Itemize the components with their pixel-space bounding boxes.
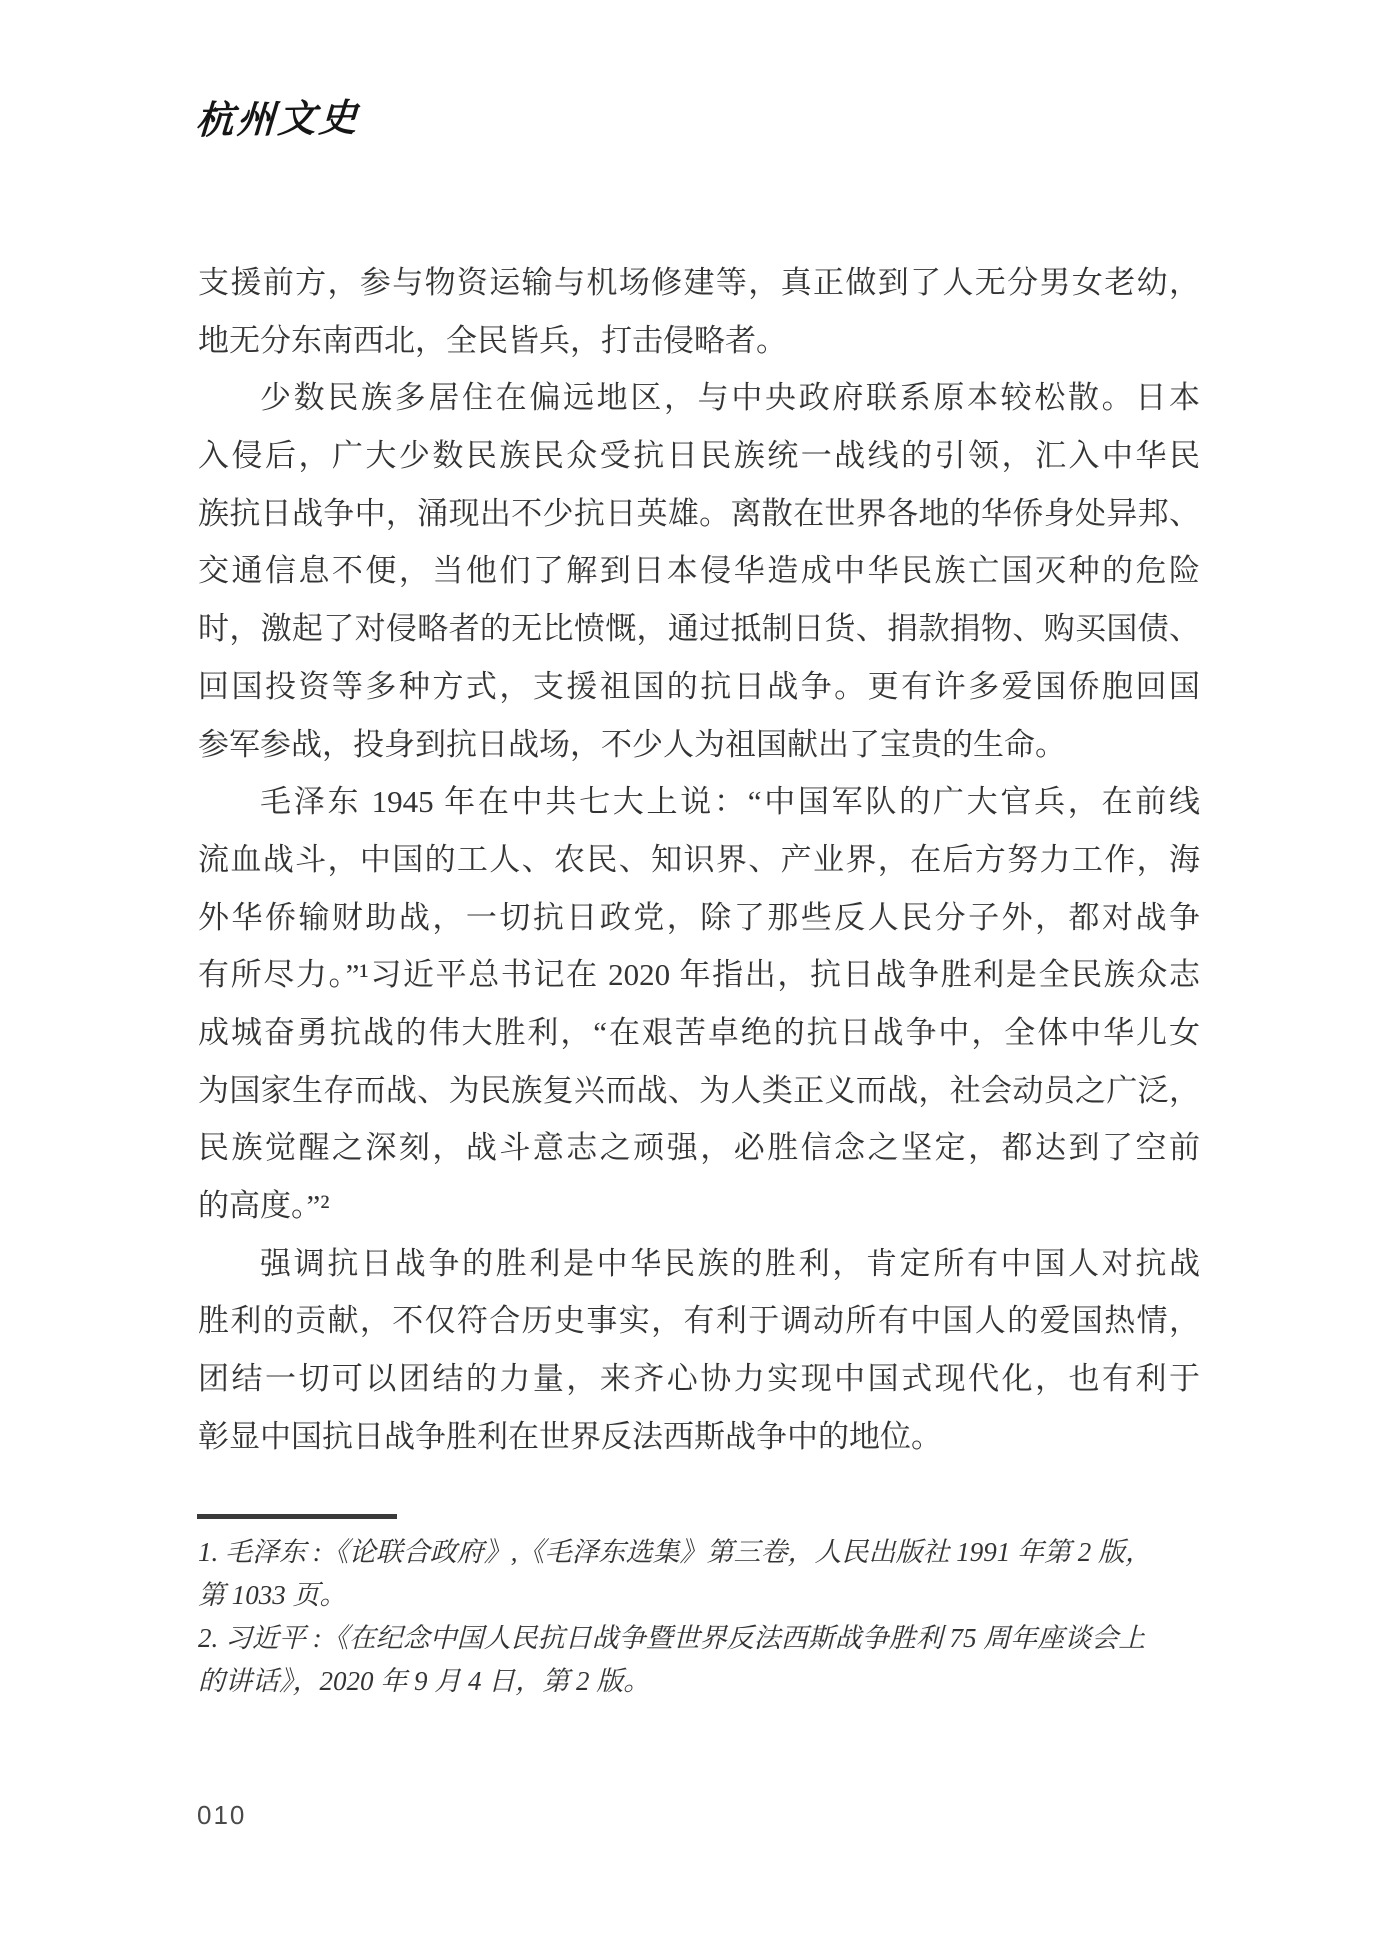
body-line: 流血战斗，中国的工人、农民、知识界、产业界，在后方努力工作，海 — [198, 831, 1200, 889]
footnote-line: 的讲话》，2020 年 9 月 4 日，第 2 版。 — [198, 1660, 1200, 1703]
body-line: 时，激起了对侵略者的无比愤慨，通过抵制日货、捐款捐物、购买国债、 — [198, 600, 1200, 658]
body-line: 族抗日战争中，涌现出不少抗日英雄。离散在世界各地的华侨身处异邦、 — [198, 485, 1200, 543]
body-line: 参军参战，投身到抗日战场，不少人为祖国献出了宝贵的生命。 — [198, 716, 1200, 774]
body-line: 彰显中国抗日战争胜利在世界反法西斯战争中的地位。 — [198, 1408, 1200, 1466]
masthead-logo: 杭州文史 — [194, 87, 361, 145]
footnote-line: 第 1033 页。 — [198, 1574, 1200, 1617]
page-number: 010 — [197, 1800, 246, 1831]
body-line: 地无分东南西北，全民皆兵，打击侵略者。 — [198, 312, 1200, 370]
body-line: 为国家生存而战、为民族复兴而战、为人类正义而战，社会动员之广泛， — [198, 1062, 1200, 1120]
body-line: 有所尽力。”¹习近平总书记在 2020 年指出，抗日战争胜利是全民族众志 — [198, 946, 1200, 1004]
body-line: 的高度。”² — [198, 1177, 1200, 1235]
body-line: 入侵后，广大少数民族民众受抗日民族统一战线的引领，汇入中华民 — [198, 427, 1200, 485]
body-line: 团结一切可以团结的力量，来齐心协力实现中国式现代化，也有利于 — [198, 1350, 1200, 1408]
body-line: 少数民族多居住在偏远地区，与中央政府联系原本较松散。日本 — [198, 369, 1200, 427]
footnote-line: 1. 毛泽东 :《论联合政府》,《毛泽东选集》第三卷，人民出版社 1991 年第… — [198, 1531, 1200, 1574]
footnote-separator — [197, 1514, 397, 1519]
body-line: 成城奋勇抗战的伟大胜利，“在艰苦卓绝的抗日战争中，全体中华儿女 — [198, 1004, 1200, 1062]
book-page: 杭州文史 支援前方，参与物资运输与机场修建等，真正做到了人无分男女老幼， 地无分… — [0, 0, 1386, 1938]
footnotes-block: 1. 毛泽东 :《论联合政府》,《毛泽东选集》第三卷，人民出版社 1991 年第… — [198, 1531, 1200, 1703]
body-line: 支援前方，参与物资运输与机场修建等，真正做到了人无分男女老幼， — [198, 254, 1200, 312]
body-line: 交通信息不便，当他们了解到日本侵华造成中华民族亡国灭种的危险 — [198, 542, 1200, 600]
body-line: 回国投资等多种方式，支援祖国的抗日战争。更有许多爱国侨胞回国 — [198, 658, 1200, 716]
body-line: 强调抗日战争的胜利是中华民族的胜利，肯定所有中国人对抗战 — [198, 1235, 1200, 1293]
body-line: 外华侨输财助战，一切抗日政党，除了那些反人民分子外，都对战争 — [198, 889, 1200, 947]
body-text-block: 支援前方，参与物资运输与机场修建等，真正做到了人无分男女老幼， 地无分东南西北，… — [198, 254, 1200, 1465]
body-line: 胜利的贡献，不仅符合历史事实，有利于调动所有中国人的爱国热情， — [198, 1292, 1200, 1350]
body-line: 民族觉醒之深刻，战斗意志之顽强，必胜信念之坚定，都达到了空前 — [198, 1119, 1200, 1177]
body-line: 毛泽东 1945 年在中共七大上说：“中国军队的广大官兵，在前线 — [198, 773, 1200, 831]
footnote-line: 2. 习近平 :《在纪念中国人民抗日战争暨世界反法西斯战争胜利 75 周年座谈会… — [198, 1617, 1200, 1660]
